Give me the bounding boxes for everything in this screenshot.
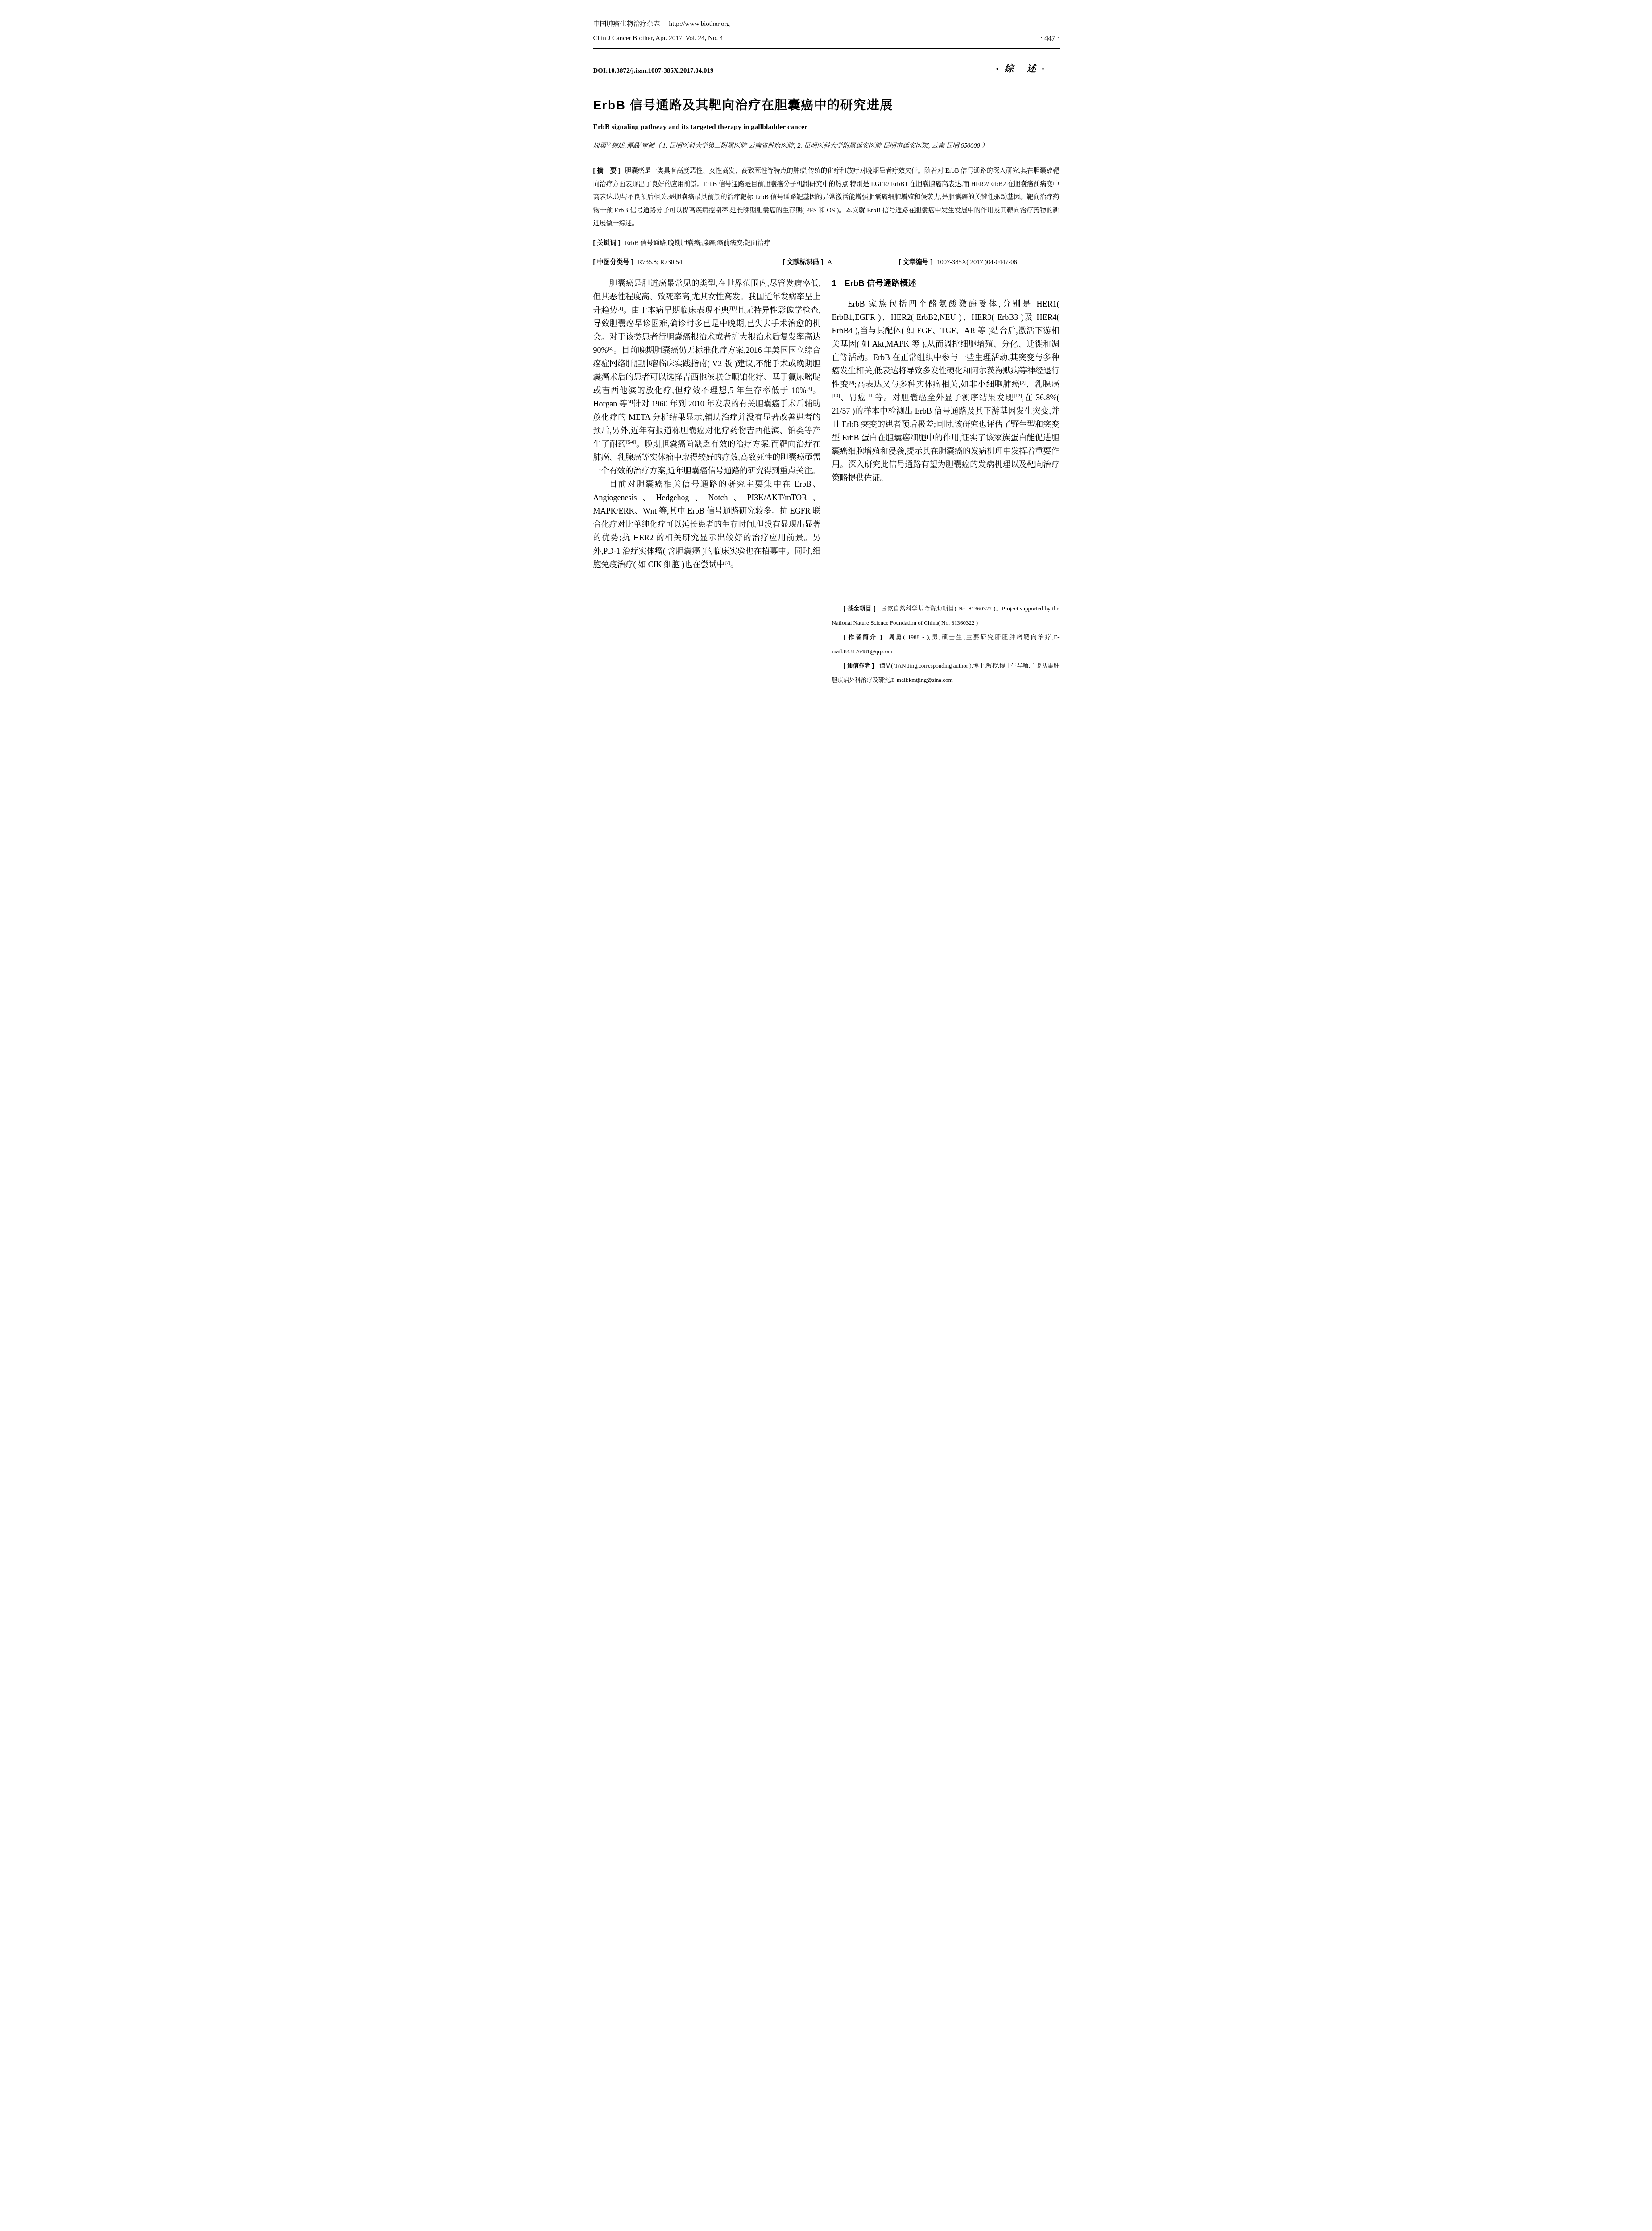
classification-row: [ 中图分类号 ]R735.8; R730.54 [ 文献标识码 ]A [ 文章… [593, 258, 1060, 267]
article-id: [ 文章编号 ]1007-385X( 2017 )04-0447-06 [899, 258, 1060, 267]
body-columns: 胆囊癌是胆道癌最常见的类型,在世界范围内,尽管发病率低,但其恶性程度高、致死率高… [593, 277, 1060, 687]
left-column: 胆囊癌是胆道癌最常见的类型,在世界范围内,尽管发病率低,但其恶性程度高、致死率高… [593, 277, 821, 687]
article-type-badge: · 综 述 · [996, 62, 1046, 75]
journal-info: 中国肿瘤生物治疗杂志http://www.biother.org Chin J … [593, 20, 730, 43]
keywords-label: [ 关键词 ] [593, 240, 621, 247]
footnote-fund: [ 基金项目 ]国家自然科学基金资助项目( No. 81360322 )。Pro… [832, 601, 1060, 630]
doi: DOI:10.3872/j.issn.1007-385X.2017.04.019 [593, 67, 714, 75]
footnotes: [ 基金项目 ]国家自然科学基金资助项目( No. 81360322 )。Pro… [832, 601, 1060, 687]
intro-paragraph-1: 胆囊癌是胆道癌最常见的类型,在世界范围内,尽管发病率低,但其恶性程度高、致死率高… [593, 277, 821, 477]
fund-label: [ 基金项目 ] [844, 605, 876, 612]
journal-name-cn: 中国肿瘤生物治疗杂志 [593, 21, 660, 28]
article-id-label: [ 文章编号 ] [899, 259, 933, 266]
section-1-heading: 1 ErbB 信号通路概述 [832, 277, 1060, 290]
keywords-text: ErbB 信号通路;晚期胆囊癌;腺癌;癌前病变;靶向治疗 [625, 240, 770, 247]
header-rule [593, 48, 1060, 49]
right-column: 1 ErbB 信号通路概述 ErbB 家族包括四个酪氨酸激酶受体,分别是 HER… [832, 277, 1060, 687]
journal-citation-en: Chin J Cancer Biother, Apr. 2017, Vol. 2… [593, 34, 730, 43]
journal-url: http://www.biother.org [669, 21, 730, 28]
doi-row: DOI:10.3872/j.issn.1007-385X.2017.04.019… [593, 62, 1060, 75]
keywords: [ 关键词 ]ErbB 信号通路;晚期胆囊癌;腺癌;癌前病变;靶向治疗 [593, 237, 1060, 250]
document-code: [ 文献标识码 ]A [783, 258, 899, 267]
journal-name-line: 中国肿瘤生物治疗杂志http://www.biother.org [593, 20, 730, 29]
intro-paragraph-2: 目前对胆囊癌相关信号通路的研究主要集中在 ErbB、Angiogenesis、H… [593, 477, 821, 571]
footnote-corresponding-author: [ 通信作者 ]谭晶( TAN Jing,corresponding autho… [832, 659, 1060, 687]
section-1-paragraph: ErbB 家族包括四个酪氨酸激酶受体,分别是 HER1( ErbB1,EGFR … [832, 297, 1060, 485]
journal-page: 中国肿瘤生物治疗杂志http://www.biother.org Chin J … [551, 0, 1101, 779]
document-code-label: [ 文献标识码 ] [783, 259, 823, 266]
author-bio-label: [ 作者简介 ] [844, 634, 882, 640]
page-title: ErbB 信号通路及其靶向治疗在胆囊癌中的研究进展 [593, 95, 1060, 113]
corresponding-author-label: [ 通信作者 ] [844, 662, 874, 669]
authors-line: 周勇1,2综述;谭晶2审阅（ 1. 昆明医科大学第三附属医院 云南省肿瘤医院; … [593, 138, 1060, 154]
clc-number: [ 中图分类号 ]R735.8; R730.54 [593, 258, 783, 267]
footnote-author-bio: [ 作者简介 ]周勇( 1988 - ),男,硕士生,主要研究肝胆肿瘤靶向治疗,… [832, 630, 1060, 659]
document-code-value: A [828, 259, 832, 266]
running-head: 中国肿瘤生物治疗杂志http://www.biother.org Chin J … [593, 20, 1060, 43]
clc-label: [ 中图分类号 ] [593, 259, 633, 266]
page-title-english: ErbB signaling pathway and its targeted … [593, 123, 1060, 131]
abstract-label: [ 摘 要 ] [593, 167, 621, 174]
abstract-text: 胆囊癌是一类具有高度恶性、女性高发、高致死性等特点的肿瘤,传统的化疗和放疗对晚期… [593, 167, 1060, 227]
page-number: · 447 · [1040, 34, 1060, 43]
article-id-value: 1007-385X( 2017 )04-0447-06 [937, 259, 1017, 266]
clc-value: R735.8; R730.54 [638, 259, 683, 266]
abstract: [ 摘 要 ]胆囊癌是一类具有高度恶性、女性高发、高致死性等特点的肿瘤,传统的化… [593, 165, 1060, 231]
